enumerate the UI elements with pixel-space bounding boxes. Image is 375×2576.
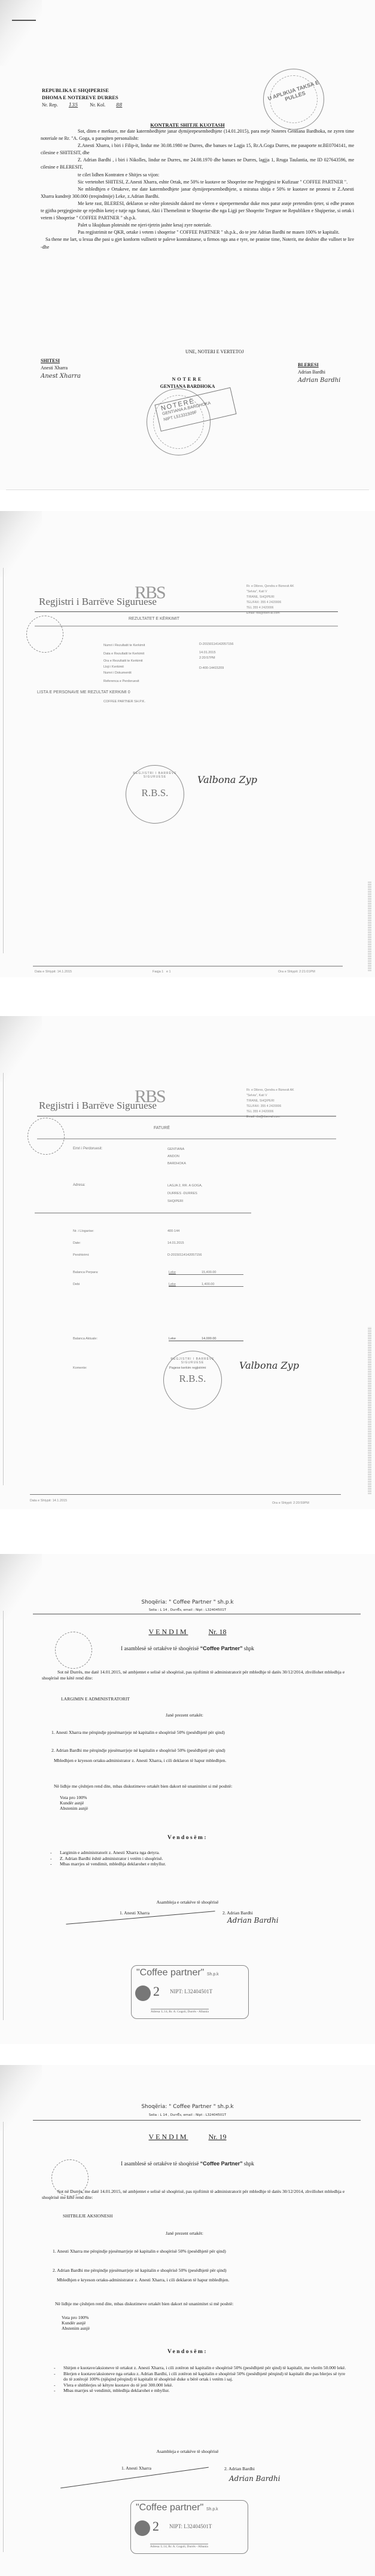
contract-paragraph: Z. Adrian Bardhi , i biri i Nikolles, li… [41, 157, 354, 171]
contract-header: REPUBLIKA E SHQIPERISE DHOMA E NOTEREVE … [42, 87, 118, 101]
decision-agreement: Në lidhje me çështjen rend dite, mbas di… [55, 2301, 233, 2307]
rep-value: 135 [69, 102, 78, 108]
tax-stamp: U APLIKUA TAKSA E PULLES [263, 69, 324, 130]
decision-agenda: SHITBLEJE AKSIONESH [63, 2213, 112, 2219]
balance-current: Leke14,000.00 [169, 1337, 243, 1341]
decided-heading: Vendosëm: [0, 2349, 375, 2355]
assembly-label: Asambleja e ortakëve të shoqërisë [0, 2449, 375, 2455]
debit-amount: Leke1,400.00 [169, 1283, 243, 1287]
contract-paragraph: Ne mbledhjen e Ortakeve, me date katermb… [41, 186, 354, 200]
votes: Vota pro 100%Kundër asnjëAbstenim asnjë [62, 2315, 90, 2331]
print-time: Ora e Shtypit: 2:20:59PM [272, 1501, 309, 1505]
decision-19-page: Shoqëria: " Coffee Partner " sh.p.k Seli… [0, 2065, 375, 2576]
rbs-name: Regjistri i Barrëve Siguruese [39, 596, 157, 608]
company-stamp: "Coffee partner" Sh.p.k 2 NIPT: L3240450… [131, 1965, 249, 2019]
signer-1: 1. Anesti Xharra [121, 2465, 151, 2471]
contract-paragraph: Sa thene me lart, u lexua dhe pasi u gje… [41, 236, 354, 250]
persons-list-item: COFFEE PARTNER SH.P.K. [103, 700, 145, 703]
decision-intro: Sot në Durrës, me datë 14.01.2015, në am… [42, 2189, 347, 2201]
rbs-address: Rr. e Dibres, Qendra e Biznesit AK"Selvi… [246, 1088, 294, 1120]
decision-chair: Mbledhjen e kryeson ortaku-administrator… [57, 2277, 229, 2283]
decision-title: VENDIMNr. 19 [0, 2133, 375, 2141]
kol-value: 88 [116, 102, 122, 108]
present-label: Janë prezent ortakët: [166, 2231, 203, 2237]
decision-agreement: Në lidhje me çështjen rend dite, mbas di… [54, 1783, 232, 1789]
contract-paragraph: Me kete rast, BLERESI, deklaron se eshte… [41, 200, 354, 222]
partners-list: 1. Anesti Xharra me përqindje pjesëmarrj… [53, 2242, 227, 2280]
buyer-label: BLERESI [298, 362, 340, 369]
invoice-date: 14.01.2015 [167, 1241, 184, 1245]
company-stamp: "Coffee partner" Sh.p.k 2 NIPT: L3240450… [130, 2500, 248, 2554]
notary-certification: UNE, NOTERI E VERTETOJ [185, 349, 243, 354]
decision-agenda: LARGIMIN E ADMINISTRATORIT [61, 1696, 130, 1702]
contract-title: KONTRATE SHITJE KUOTASH [0, 122, 375, 128]
company-subheader: Selia : L 14 , DurrËs, email : Nipt : L3… [0, 1608, 375, 1612]
page-number: Faqja 1 e 1 [153, 970, 171, 974]
signer-2: 2. Adrian Bardhi [224, 2466, 255, 2472]
rbs-seal: REGJISTRI I BARRËVE SIGURUESE R.B.S. [163, 1351, 222, 1409]
decision-18-page: Shoqëria: " Coffee Partner " sh.p.k Seli… [0, 1554, 375, 2044]
contract-paragraph: Pas regjistrimit ne QKR, ortake i vetem … [41, 229, 354, 236]
rep-label: Nr. Rep. [42, 102, 58, 108]
notary-block: NOTERE GENTIANA BARDHOKA [0, 376, 375, 390]
signer-2: 2. Adrian Bardhi [222, 1910, 253, 1916]
notary-seal-small [26, 616, 63, 653]
company-header: Shoqëria: " Coffee Partner " sh.p.k [0, 2104, 375, 2110]
contract-paragraph: Palet u likujduan plotesisht me njeri-tj… [41, 222, 354, 229]
search-result-page: RBS Regjistri i Barrëve Siguruese Rr. e … [0, 511, 375, 977]
rbs-seal: REGJISTRI I BARRËVE SIGURUESE R.B.S. [126, 765, 184, 824]
invoice-address: LAGJA 2, RR. A GOGA,DURRES -DURRESSHQIPE… [167, 1182, 202, 1206]
notary-seal-small [55, 1632, 92, 1669]
print-date: Data e Shtypit: 14.1.2015 [35, 970, 72, 974]
notary-name: GENTIANA BARDHOKA [0, 383, 375, 390]
scan-mark [12, 20, 36, 21]
decision-title: VENDIMNr. 18 [0, 1627, 375, 1636]
present-label: Janë prezent ortakët: [166, 1712, 203, 1718]
print-date: Data e Shtypit: 14.1.2015 [30, 1499, 67, 1503]
contract-paragraph: Sic vertetohet SHITESI, Z.Anesti Xharra,… [41, 179, 354, 186]
republic-label: REPUBLIKA E SHQIPERISE [42, 87, 118, 94]
company-subheader: Selia : L 14 , DurrËs, email : Nipt : L3… [0, 2113, 375, 2117]
notary-label: NOTERE [0, 376, 375, 383]
invoice-user: GENTIANAANDONBARDHOKA [167, 1146, 186, 1167]
rbs-signature: Valbona Zyp [239, 1360, 299, 1371]
invoice-title: FATURË [154, 1126, 170, 1130]
seller-name: Anesti Xharra [41, 365, 68, 371]
rbs-name: Regjistri i Barrëve Siguruese [39, 1100, 157, 1112]
persons-list-title: LISTA E PERSONAVE ME REZULTAT KERKIMI 0 [37, 690, 130, 695]
votes: Vota pro 100%Kundër asnjëAbstenim asnjë [60, 1795, 88, 1811]
rbs-signature: Valbona Zyp [197, 774, 257, 785]
invoice-page: RBS Regjistri i Barrëve Siguruese Rr. e … [0, 1016, 375, 1509]
registry-numbers: Nr. Rep.135 Nr. Kol.88 [42, 102, 133, 108]
signature-2: Adrian Bardhi [227, 1916, 279, 1925]
signer-1: 1. Anesti Xharra [120, 1910, 150, 1916]
contract-paragraph: Z.Anesti Xharra, i biri i Filip-it, lind… [41, 142, 354, 157]
company-header: Shoqëria: " Coffee Partner " sh.p.k [0, 1599, 375, 1605]
kol-label: Nr. Kol. [90, 102, 105, 108]
contract-paragraph: te cilet lidhen Kontraten e Shitjes sa v… [41, 172, 354, 179]
decision-items: Shitjen e kuotave/aksioneve të ortakut z… [54, 2365, 347, 2394]
decided-heading: Vendosëm: [0, 1835, 375, 1841]
decision-chair: Mbledhjen e kryeson ortaku-administrator… [54, 1758, 226, 1764]
search-result-title: REZULTATET E KËRKIMIT [129, 617, 179, 621]
print-time: Ora e Shtypit: 2:21:01PM [278, 970, 315, 974]
balance-before: Leke15,400.00 [169, 1271, 243, 1275]
chamber-label: DHOMA E NOTEREVE DURRES [42, 94, 118, 101]
contract-body: Sot, diten e merkure, me date katermbedh… [41, 128, 354, 251]
seller-label: SHITESI [41, 357, 81, 365]
contract-paragraph: Sot, diten e merkure, me date katermbedh… [41, 128, 354, 142]
signature-2: Adrian Bardhi [229, 2474, 281, 2483]
decision-items: Largimin e administratorit z. Anesti Xha… [50, 1850, 337, 1867]
account-number: 400-144 [167, 1229, 179, 1233]
assembly-label: Asambleja e ortakëve të shoqërisë [0, 1899, 375, 1905]
invoice-comment: Pagese kerkim regjistrimi [169, 1366, 206, 1370]
partners-list: 1. Anesti Xharra me përqindje pjesëmarrj… [51, 1724, 225, 1760]
invoice-description: D-20150114142057156 [167, 1253, 202, 1257]
notary-seal-small [28, 1118, 65, 1155]
contract-page: REPUBLIKA E SHQIPERISE DHOMA E NOTEREVE … [0, 0, 375, 490]
buyer-name: Adrian Bardhi [298, 369, 325, 375]
decision-intro: Sot në Durrës, me datë 14.01.2015, në am… [42, 1669, 347, 1681]
